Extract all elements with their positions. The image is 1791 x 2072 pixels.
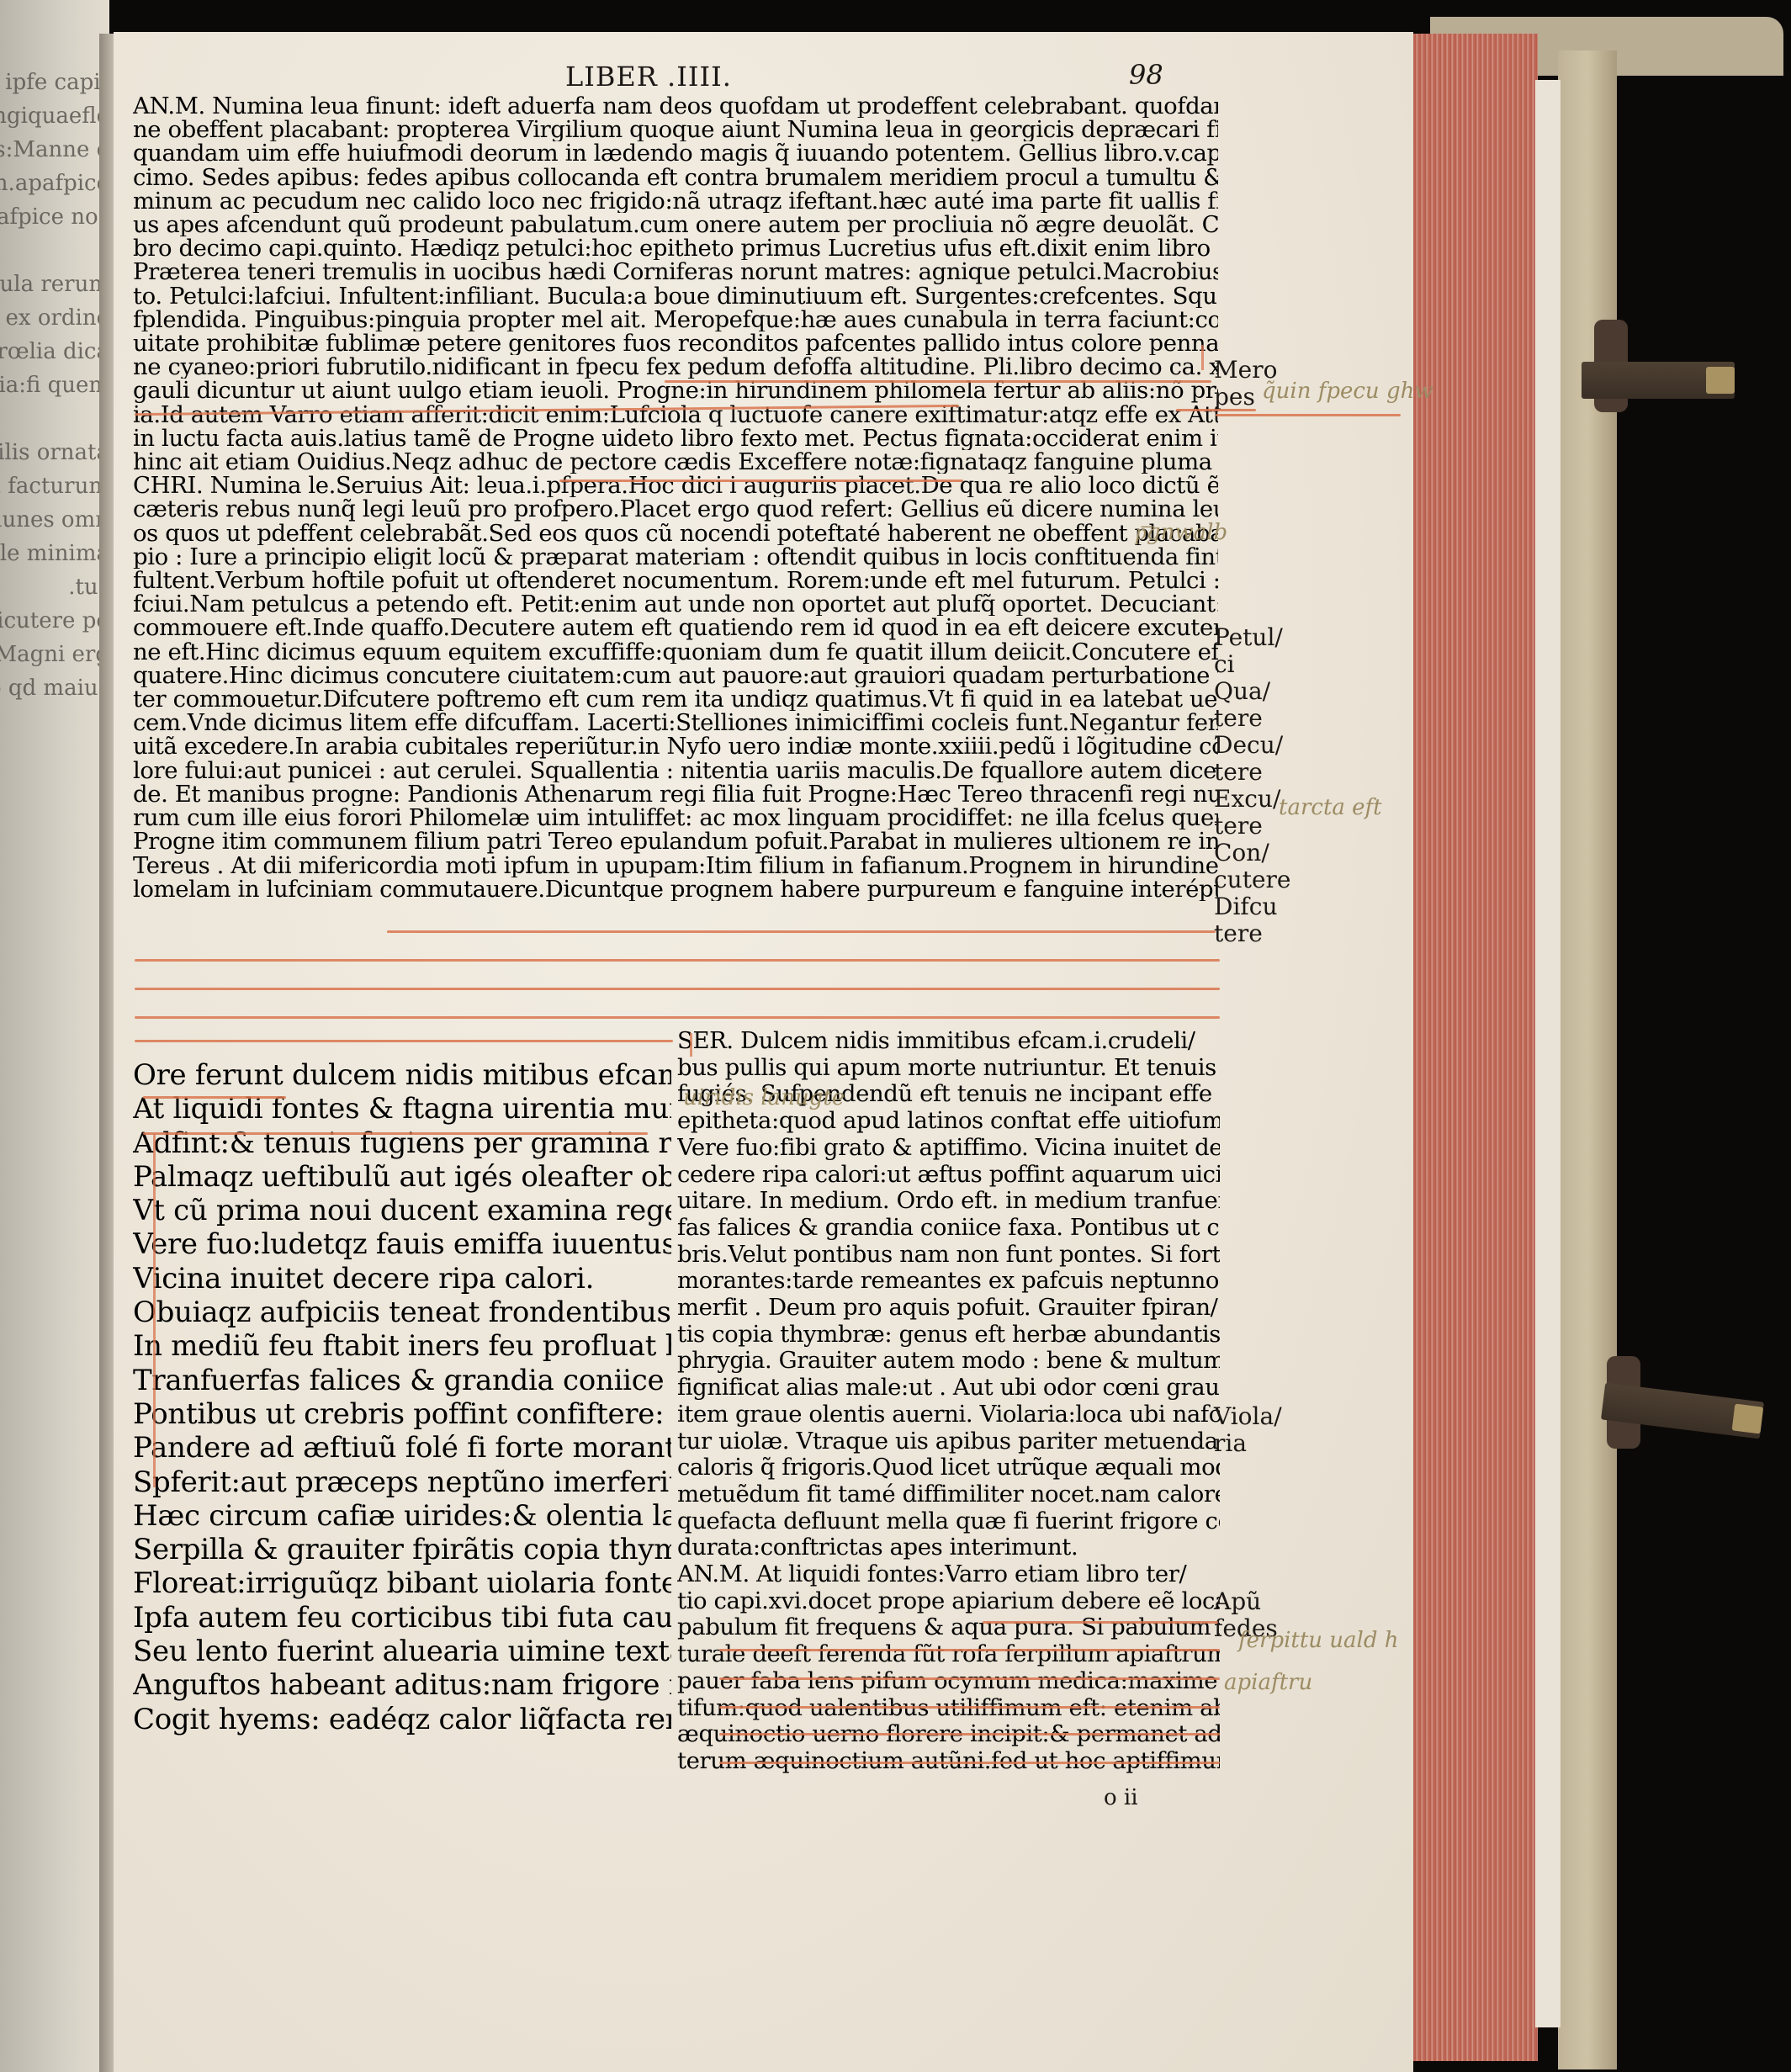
verse-line: Adfint:& tenuis fugiens per gramina riuu…	[133, 1126, 671, 1160]
commentary-line: lore fului:aut punicei : aut cerulei. Sq…	[133, 759, 1218, 782]
verse-line: Palmaqz ueftibulũ aut igés oleafter obrũ…	[133, 1160, 671, 1194]
servius-line: turale deeft ferenda fũt rofa ferpillum …	[677, 1641, 1220, 1668]
commentary-line: lomelam in lufciniam commutauere.Dicuntq…	[133, 877, 1218, 901]
servius-line: morantes:tarde remeantes ex pafcuis nept…	[677, 1268, 1220, 1295]
left-page-line: ninatione afficia.Magni erg	[0, 639, 109, 670]
left-page-line: mo magnus:Manne e	[0, 135, 109, 165]
servius-line: bus pullis qui apum morte nutriuntur. Et…	[677, 1055, 1220, 1082]
verse-line: Ore ferunt dulcem nidis mitibus efcam.	[133, 1058, 671, 1092]
commentary-block: AN.M. Numina leua finunt: ideft aduerfa …	[133, 94, 1218, 901]
left-page-line: ulos & prœlia dica	[0, 337, 109, 367]
left-page-line: fiunta & comunes omn	[0, 505, 109, 535]
commentary-line: commouere eft.Inde quaffo.Decutere autem…	[133, 616, 1218, 639]
verse-line: Vicina inuitet decere ripa calori.	[133, 1262, 671, 1296]
servius-line: AN.M. At liquidi fontes:Varro etiam libr…	[677, 1561, 1220, 1588]
handwritten-annotation: apiaftru	[1224, 1670, 1312, 1695]
marginal-note: Petul/ ci Qua/ tere Decu/ tere Excu/ ter…	[1214, 624, 1291, 947]
left-page-line: n fpectacula rerum	[0, 269, 109, 299]
left-page-line: dis uerba facturum:	[0, 471, 109, 501]
marginal-note: Viola/ ria	[1214, 1403, 1282, 1457]
commentary-line: ne eft.Hinc dicimus equum equitem excuff…	[133, 640, 1218, 664]
servius-line: uitare. In medium. Ordo eft. in medium t…	[677, 1188, 1220, 1215]
verse-line: Hæc circum cafiæ uirides:& olentia late	[133, 1499, 671, 1533]
left-page-line: m.m.apafpice:	[0, 168, 109, 199]
verse-line: Tranfuerfas falices & grandia coniice fa…	[133, 1364, 671, 1397]
handwritten-annotation: tarcta eft	[1279, 795, 1382, 820]
commentary-line: quandam uim effe huiufmodi deorum in læd…	[133, 141, 1218, 165]
servius-line: tur uiolæ. Vtraque uis apibus pariter me…	[677, 1428, 1220, 1455]
commentary-line: hinc ait etiam Ouidius.Neqz adhuc de pec…	[133, 450, 1218, 474]
facing-left-page: fic in Buco.Et ipfe capita ad longiquaef…	[0, 0, 109, 2072]
handwritten-annotation: ferpittu uald h	[1238, 1628, 1399, 1653]
handwritten-annotation: q̃uin fpecu ghw	[1262, 379, 1433, 404]
commentary-line: in luctu facta auis.latius tamẽ de Progn…	[133, 427, 1218, 450]
servius-line: fignificat alias male:ut . Aut ubi odor …	[677, 1375, 1220, 1402]
verse-line: Pontibus ut crebris poffint confiftere: …	[133, 1397, 671, 1431]
commentary-line: cem.Vnde dicimus litem effe difcuffam. L…	[133, 711, 1218, 734]
commentary-line: bro decimo capi.quinto. Hædiqz petulci:h…	[133, 236, 1218, 260]
commentary-line: Præterea teneri tremulis in uocibus hædi…	[133, 260, 1218, 284]
commentary-line: ne cyaneo:priori fubrutilo.nidificant in…	[133, 355, 1218, 379]
servius-line: Vere fuo:fibi grato & aptiffimo. Vicina …	[677, 1135, 1220, 1162]
left-page-line: d ad Iouem afpice nos.	[0, 202, 109, 232]
servius-line: merfit . Deum pro aquis pofuit. Grauiter…	[677, 1295, 1220, 1322]
servius-line: durata:conftrictas apes interimunt.	[677, 1534, 1220, 1561]
left-page-line: bculfqz ex ordine	[0, 303, 109, 333]
brass-catch-icon	[1732, 1404, 1764, 1434]
servius-line: quefacta defluunt mella quæ fi fuerint f…	[677, 1508, 1220, 1535]
clasp-top	[1582, 362, 1735, 399]
commentary-line: to. Petulci:lafciui. Infultent:infiliant…	[133, 284, 1218, 308]
left-page-line: fic in Buco.Et ipfe capit	[0, 67, 109, 98]
left-page-line: tus.	[0, 572, 109, 602]
commentary-line: fultent.Verbum hoftile pofuit ut oftende…	[133, 569, 1218, 592]
commentary-line: de. Et manibus progne: Pandionis Athenar…	[133, 782, 1218, 806]
handwritten-annotation: uiridis lanugte	[683, 1085, 845, 1110]
servius-line: tio capi.xvi.docet prope apiarium debere…	[677, 1588, 1220, 1615]
commentary-line: uitate prohibitæ fublimæ petere genitore…	[133, 331, 1218, 355]
signature-mark: o ii	[1104, 1785, 1138, 1810]
servius-line: epitheta:quod apud latinos conftat effe …	[677, 1108, 1220, 1135]
verse-line: Spferit:aut præceps neptũno imerferit eu…	[133, 1465, 671, 1499]
running-title: LIBER .IIII.	[565, 61, 732, 93]
verse-line: Seu lento fuerint aluearia uimine texta	[133, 1635, 671, 1668]
left-page-line: a ad longiquaefle.	[0, 101, 109, 131]
servius-line: tis copia thymbræ: genus eft herbæ abund…	[677, 1322, 1220, 1349]
commentary-line: cimo. Sedes apibus: fedes apibus colloca…	[133, 166, 1218, 189]
commentary-line: rum cum ille eius forori Philomelæ uim i…	[133, 806, 1218, 829]
commentary-line: quatere.Hinc dicimus concutere ciuitatem…	[133, 664, 1218, 687]
page-edge-white	[1535, 80, 1561, 2027]
servius-line: fas falices & grandia coniice faxa. Pont…	[677, 1215, 1220, 1242]
virgil-verse-block: Ore ferunt dulcem nidis mitibus efcam.At…	[133, 1058, 671, 1736]
commentary-line: pio : Iure a principio eligit locũ & præ…	[133, 545, 1218, 569]
servius-line: item graue olentis auerni. Violaria:loca…	[677, 1402, 1220, 1428]
left-page-line: ibus miris Ergo qd maius	[0, 673, 109, 703]
commentary-line: os quos ut pdeffent celebrabãt.Sed eos q…	[133, 522, 1218, 545]
commentary-line: fciui.Nam petulcus a petendo eft. Petit:…	[133, 592, 1218, 616]
verse-line: Vere fuo:ludetqz fauis emiffa iuuentus	[133, 1227, 671, 1261]
left-page-line: ria exilis ornata.	[0, 437, 109, 468]
servius-line: SER. Dulcem nidis immitibus efcam.i.crud…	[677, 1028, 1220, 1055]
commentary-line: CHRI. Numina le.Seruius Ait: leua.i.pfpe…	[133, 474, 1218, 497]
commentary-line: minum ac pecudum nec calido loco nec fri…	[133, 189, 1218, 213]
servius-line: cedere ripa calori:ut æftus poffint aqua…	[677, 1162, 1220, 1189]
commentary-line: ter commouetur.Difcutere poftremo eft cu…	[133, 687, 1218, 711]
servius-commentary-block: SER. Dulcem nidis immitibus efcam.i.crud…	[677, 1028, 1220, 1775]
verse-line: In mediũ feu ftabit iners feu profluat h…	[133, 1329, 671, 1363]
servius-line: caloris q̃ frigoris.Quod licet utrũque æ…	[677, 1455, 1220, 1481]
verse-line: Cogit hyems: eadéqz calor liq̃facta remi…	[133, 1703, 671, 1736]
verse-line: Serpilla & grauiter fpirãtis copia thymb…	[133, 1533, 671, 1566]
servius-line: phrygia. Grauiter autem modo : bene & mu…	[677, 1348, 1220, 1375]
servius-line: pauer faba lens pifum ocymum medica:maxi…	[677, 1668, 1220, 1695]
left-page-line: eft enim difficile minima	[0, 538, 109, 569]
servius-line: bris.Velut pontibus nam non funt pontes.…	[677, 1242, 1220, 1269]
folio-number: 98	[1129, 59, 1163, 91]
commentary-line: Tereus . At dii mifericordia moti ipfum …	[133, 854, 1218, 877]
commentary-line: Progne itim communem filium patri Tereo …	[133, 829, 1218, 853]
left-page-line: non gloria:fi quem	[0, 370, 109, 400]
verse-line: Pandere ad æftiuũ folé fi forte morantis	[133, 1431, 671, 1465]
commentary-line: AN.M. Numina leua finunt: ideft aduerfa …	[133, 94, 1218, 118]
left-page-line: nuscadminatione icutere po	[0, 606, 109, 636]
commentary-line: ne obeffent placabant: propterea Virgili…	[133, 118, 1218, 141]
verse-line: Floreat:irriguũqz bibant uiolaria fontem…	[133, 1566, 671, 1600]
commentary-line: us apes afcendunt quũ prodeunt pabulatum…	[133, 213, 1218, 236]
handwritten-annotation: p͞gnwalb	[1136, 520, 1227, 545]
verse-line: Ipfa autem feu corticibus tibi futa caua…	[133, 1601, 671, 1635]
commentary-line: ia.Id autem Varro etiam afferit:dicit en…	[133, 403, 1218, 427]
verse-line: Vt cũ prima noui ducent examina reges	[133, 1194, 671, 1227]
servius-line: pabulum fit frequens & aqua pura. Si pab…	[677, 1614, 1220, 1641]
commentary-line: fplendida. Pinguibus:pinguia propter mel…	[133, 308, 1218, 331]
verse-line: Anguftos habeant aditus:nam frigore mell…	[133, 1668, 671, 1702]
servius-line: metuẽdum fit tamé diffimiliter nocet.nam…	[677, 1481, 1220, 1508]
red-fore-edge	[1403, 34, 1538, 2061]
commentary-line: uitã excedere.In arabia cubitales reperi…	[133, 734, 1218, 758]
commentary-line: cæteris rebus nunq̃ legi leuũ pro profpe…	[133, 497, 1218, 521]
brass-catch-icon	[1706, 367, 1735, 394]
verse-line: Obuiaqz aufpiciis teneat frondentibus ar…	[133, 1296, 671, 1329]
